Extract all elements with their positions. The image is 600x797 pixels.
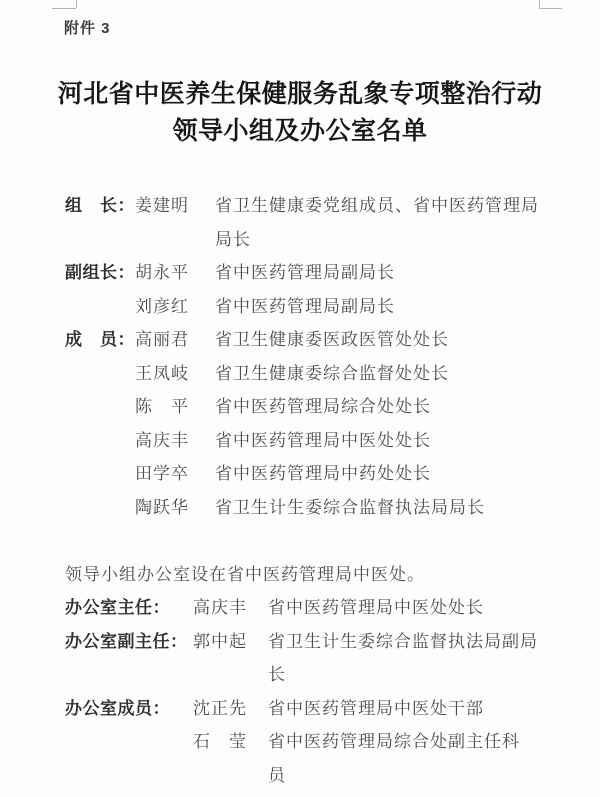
member-title: 省卫生健康委医政医管处处长 [215,323,449,357]
document-page: 附件 3 河北省中医养生保健服务乱象专项整治行动 领导小组及办公室名单 组 长：… [0,0,600,797]
group-row: 王凤岐省卫生健康委综合监督处处长 [0,357,600,391]
member-title: 省中医药管理局综合处处长 [215,390,431,424]
margin-crop-mark-top-left [52,8,76,9]
margin-crop-mark-top-right [539,0,540,8]
member-name: 姜建明 [135,189,215,223]
member-name: 高庆丰 [135,424,215,458]
member-title: 省中医药管理局副局长 [215,290,395,324]
office-row: 石 莹省中医药管理局综合处副主任科员 [0,725,600,792]
member-title: 省卫生计生委综合监督执法局局长 [215,491,485,525]
role-label: 办公室副主任： [65,625,193,659]
group-row: 田学卒省中医药管理局中药处处长 [0,457,600,491]
member-name: 王凤岐 [135,357,215,391]
group-row: 陈 平省中医药管理局综合处处长 [0,390,600,424]
member-list: 组 长：姜建明省卫生健康委党组成员、省中医药管理局局长 副组长：胡永平省中医药管… [0,189,600,792]
member-title: 省卫生健康委综合监督处处长 [215,357,449,391]
role-label: 成 员： [65,323,135,357]
attachment-label: 附件 3 [64,17,111,38]
office-row: 办公室成员：沈正先省中医药管理局中医处干部 [0,692,600,726]
role-label: 办公室主任： [65,591,193,625]
member-name: 高庆丰 [193,591,268,625]
group-row: 高庆丰省中医药管理局中医处处长 [0,424,600,458]
role-label: 副组长： [65,256,135,290]
member-title: 省中医药管理局中医处干部 [268,692,484,726]
member-title: 省中医药管理局中医处处长 [215,424,431,458]
document-title: 河北省中医养生保健服务乱象专项整治行动 领导小组及办公室名单 [0,76,600,150]
group-row: 组 长：姜建明省卫生健康委党组成员、省中医药管理局局长 [0,189,600,256]
role-label: 办公室成员： [65,692,193,726]
margin-crop-mark-top-left [76,0,77,8]
member-name: 高丽君 [135,323,215,357]
member-name: 陶跃华 [135,491,215,525]
member-name: 田学卒 [135,457,215,491]
member-name: 石 莹 [193,725,268,759]
document-title-line2: 领导小组及办公室名单 [0,113,600,150]
member-title: 省中医药管理局中医处处长 [268,591,484,625]
member-title: 省中医药管理局中药处处长 [215,457,431,491]
group-row: 副组长：胡永平省中医药管理局副局长 [0,256,600,290]
margin-crop-mark-top-right [539,8,562,9]
group-row: 刘彦红省中医药管理局副局长 [0,290,600,324]
office-row: 办公室主任：高庆丰省中医药管理局中医处处长 [0,591,600,625]
group-row: 陶跃华省卫生计生委综合监督执法局局长 [0,491,600,525]
member-name: 胡永平 [135,256,215,290]
member-name: 刘彦红 [135,290,215,324]
member-name: 沈正先 [193,692,268,726]
document-title-line1: 河北省中医养生保健服务乱象专项整治行动 [0,76,600,113]
member-name: 陈 平 [135,390,215,424]
member-title: 省卫生计生委综合监督执法局副局长 [268,625,541,692]
member-title: 省卫生健康委党组成员、省中医药管理局局长 [215,189,542,256]
member-title: 省中医药管理局综合处副主任科员 [268,725,523,792]
role-label: 组 长： [65,189,135,223]
office-location-note: 领导小组办公室设在省中医药管理局中医处。 [0,558,600,592]
member-name: 郭中起 [193,625,268,659]
member-title: 省中医药管理局副局长 [215,256,395,290]
office-row: 办公室副主任：郭中起省卫生计生委综合监督执法局副局长 [0,625,600,692]
group-row: 成 员：高丽君省卫生健康委医政医管处处长 [0,323,600,357]
